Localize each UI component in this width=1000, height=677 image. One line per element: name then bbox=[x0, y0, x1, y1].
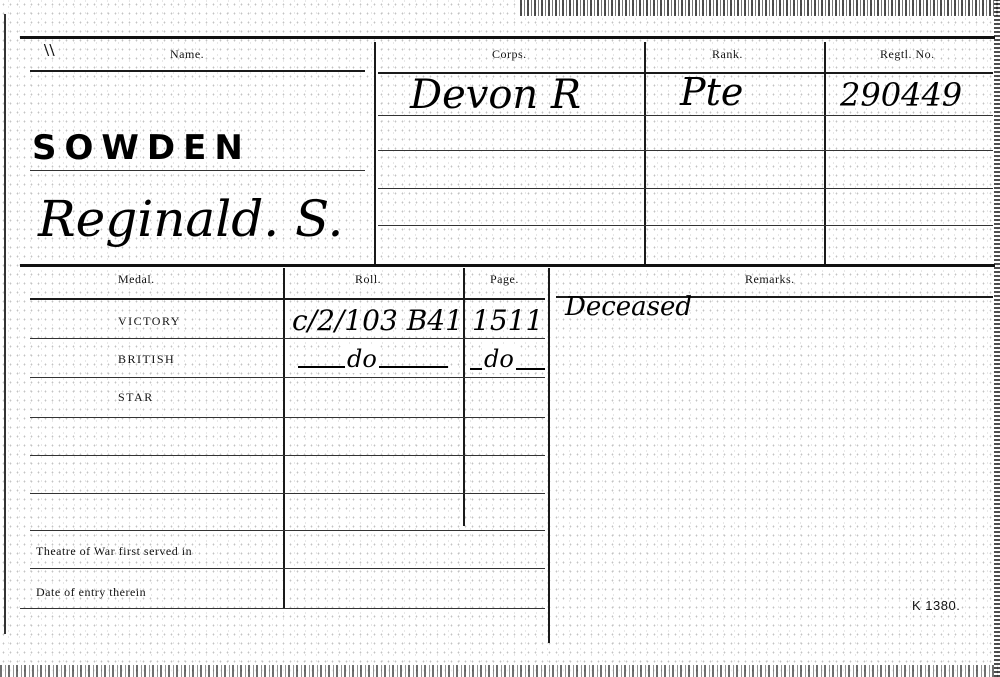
divider bbox=[30, 298, 545, 300]
regt-no-label: Regtl. No. bbox=[880, 47, 935, 62]
divider bbox=[374, 42, 376, 267]
divider bbox=[644, 42, 646, 267]
roll-column-header: Roll. bbox=[355, 272, 381, 287]
card-bottom-edge bbox=[0, 665, 1000, 677]
roll-value: c/2/103 B41 bbox=[292, 304, 463, 337]
medal-name: VICTORY bbox=[118, 314, 181, 329]
medal-name: STAR bbox=[118, 390, 154, 405]
forenames: Reginald. S. bbox=[38, 190, 343, 248]
surname: SOWDEN bbox=[32, 128, 251, 168]
divider bbox=[824, 42, 826, 267]
divider bbox=[30, 455, 545, 456]
card-left-edge bbox=[4, 14, 6, 634]
rank-value: Pte bbox=[680, 70, 743, 114]
divider bbox=[30, 377, 545, 378]
divider bbox=[30, 338, 545, 339]
divider bbox=[30, 530, 545, 531]
medal-column-header: Medal. bbox=[118, 272, 155, 287]
theatre-label: Theatre of War first served in bbox=[36, 544, 192, 559]
remarks-column-header: Remarks. bbox=[745, 272, 795, 287]
divider bbox=[378, 150, 993, 151]
corps-label: Corps. bbox=[492, 47, 527, 62]
medal-name: BRITISH bbox=[118, 352, 175, 367]
roll-value: do bbox=[345, 345, 379, 373]
rank-label: Rank. bbox=[712, 47, 743, 62]
page-value: 1511 bbox=[472, 304, 543, 337]
regt-no-value: 290449 bbox=[840, 76, 962, 114]
divider bbox=[283, 268, 285, 608]
divider bbox=[463, 268, 465, 526]
form-number: K 1380. bbox=[912, 598, 960, 613]
divider bbox=[378, 188, 993, 189]
divider bbox=[30, 70, 365, 72]
divider bbox=[30, 417, 545, 418]
page-column-header: Page. bbox=[490, 272, 519, 287]
remarks-value: Deceased bbox=[565, 292, 692, 322]
divider bbox=[20, 608, 545, 609]
card-top-edge bbox=[520, 0, 1000, 16]
divider bbox=[30, 568, 545, 569]
divider bbox=[20, 36, 995, 39]
divider bbox=[548, 268, 550, 643]
divider bbox=[30, 493, 545, 494]
page-value: do bbox=[482, 345, 516, 373]
divider bbox=[378, 225, 993, 226]
tick-mark-icon: \\ bbox=[44, 40, 55, 61]
divider bbox=[30, 170, 365, 171]
date-entry-label: Date of entry therein bbox=[36, 585, 146, 600]
card-right-edge bbox=[994, 0, 1000, 677]
divider bbox=[20, 264, 995, 267]
corps-value: Devon R bbox=[410, 72, 581, 118]
name-label: Name. bbox=[170, 47, 204, 62]
